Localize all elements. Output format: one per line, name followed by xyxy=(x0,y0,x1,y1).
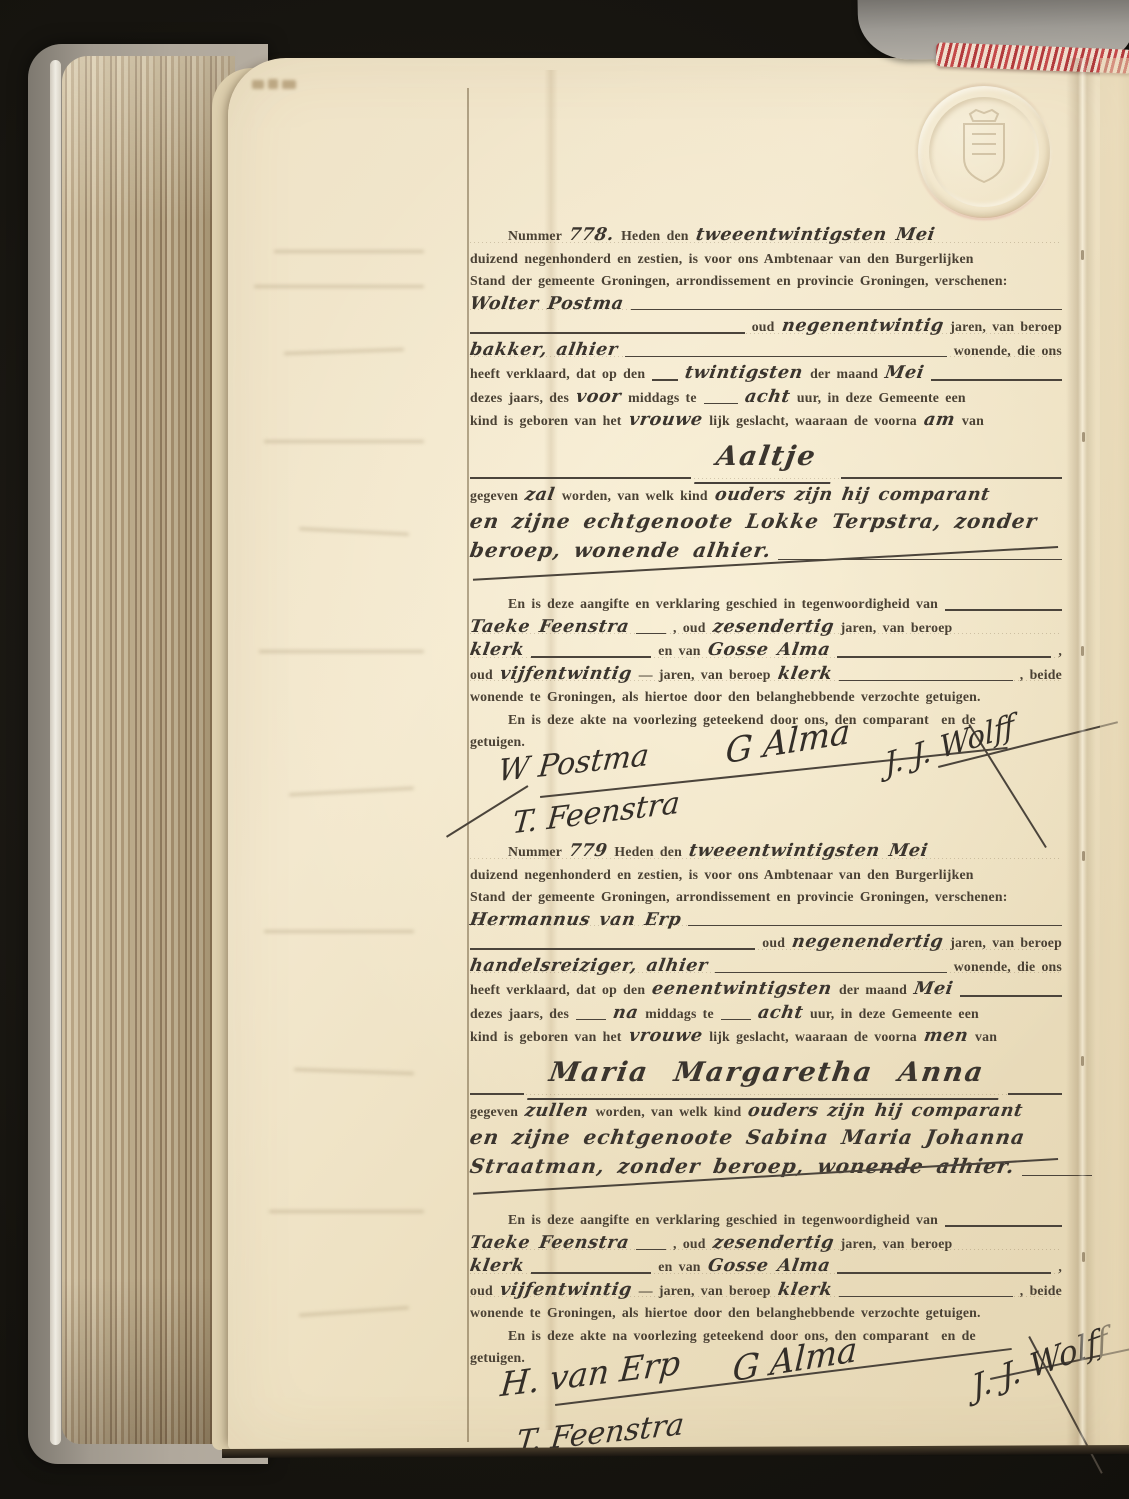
print-text: , xyxy=(1058,640,1062,663)
print-text: gegeven xyxy=(470,485,518,508)
print-text: wonende te Groningen, als hiertoe door d… xyxy=(470,1302,981,1325)
handwritten-text: zesendertig xyxy=(711,1232,836,1255)
form-line: en zijne echtgenoote Lokke Terpstra, zon… xyxy=(470,507,1062,536)
form-line: En is deze aangifte en verklaring geschi… xyxy=(470,1209,1062,1232)
binding-stitch xyxy=(1081,250,1084,260)
form-line: duizend negenhonderd en zestien, is voor… xyxy=(470,864,1062,887)
print-text: kind is geboren van het xyxy=(470,1026,622,1049)
ink-rule xyxy=(945,609,1062,611)
ink-rule xyxy=(960,995,1062,997)
margin-rule-line xyxy=(467,88,469,1442)
print-text: jaren, van beroep xyxy=(950,932,1062,955)
form-line: dezes jaars, desnamiddags teachtuur, in … xyxy=(470,1002,1062,1026)
ink-rule xyxy=(636,633,666,635)
form-line: heeft verklaard, dat op deneenentwintigs… xyxy=(470,978,1062,1002)
print-text: dezes jaars, des xyxy=(470,1003,569,1026)
form-line: oudnegenentwintigjaren, van beroep xyxy=(470,315,1062,339)
handwritten-text: beroep, wonende alhier. xyxy=(468,536,774,565)
print-text: kind is geboren van het xyxy=(470,410,622,433)
print-text: der maand xyxy=(839,979,907,1002)
ink-rule xyxy=(715,972,947,974)
binding-stitch xyxy=(1081,1056,1084,1066)
print-text: , beide xyxy=(1020,1280,1062,1303)
form-line: klerken vanGosse Alma, xyxy=(470,1255,1062,1279)
facing-page-sliver xyxy=(1100,58,1129,1450)
print-text: uur, in deze Gemeente een xyxy=(810,1003,979,1026)
handwritten-text: acht xyxy=(743,386,792,409)
print-text: wonende, die ons xyxy=(954,340,1062,363)
form-line xyxy=(470,565,1062,587)
form-line: Stand der gemeente Groningen, arrondisse… xyxy=(470,270,1062,293)
form-line: handelsreiziger, alhierwonende, die ons xyxy=(470,955,1062,979)
print-text: , oud xyxy=(673,617,706,640)
handwritten-text: klerk xyxy=(468,639,526,662)
print-text: en van xyxy=(658,640,700,663)
ink-rule xyxy=(837,656,1052,658)
print-text: , oud xyxy=(673,1233,706,1256)
ink-rule xyxy=(704,403,738,405)
ink-rule xyxy=(631,309,1062,311)
handwritten-text: Mei xyxy=(883,362,926,385)
signatures-block: H. van ErpG AlmaJ. J. WolffT. Feenstra xyxy=(470,1352,1062,1492)
ink-rule xyxy=(625,356,947,358)
print-text: , beide xyxy=(1020,664,1062,687)
print-text: van xyxy=(975,1026,997,1049)
ink-rule xyxy=(839,680,1013,682)
form-line: oudvijfentwintig— jaren, van beroepklerk… xyxy=(470,663,1062,687)
handwritten-text: klerk xyxy=(776,1279,834,1302)
ink-rule xyxy=(470,332,745,334)
print-text: dezes jaars, des xyxy=(470,387,569,410)
print-text: , xyxy=(1058,1256,1062,1279)
handwritten-text: tweeentwintigsten Mei xyxy=(694,224,936,247)
print-text: worden, van welk kind xyxy=(596,1101,742,1124)
handwritten-text: men xyxy=(922,1025,970,1048)
print-text: van xyxy=(962,410,984,433)
print-text: — jaren, van beroep xyxy=(639,664,771,687)
print-text: heeft verklaard, dat op den xyxy=(470,363,645,386)
print-text: Heden den xyxy=(614,841,682,864)
ink-rule xyxy=(470,477,691,479)
form-line: en zijne echtgenoote Sabina Maria Johann… xyxy=(470,1123,1062,1152)
handwritten-text: vijfentwintig xyxy=(498,1279,633,1302)
print-text: Nummer xyxy=(508,225,562,248)
print-text: oud xyxy=(470,1280,493,1303)
handwritten-text: 778. xyxy=(567,224,616,247)
form-line: heeft verklaard, dat op dentwintigstende… xyxy=(470,362,1062,386)
handwritten-text: zal xyxy=(523,484,556,507)
handwritten-text: bakker, alhier xyxy=(468,339,619,362)
form-line: En is deze aangifte en verklaring geschi… xyxy=(470,593,1062,616)
handwritten-text: Gosse Alma xyxy=(706,639,832,662)
ink-rule xyxy=(945,1225,1062,1227)
child-name: Aaltje xyxy=(694,435,838,484)
form-line: Hermannus van Erp xyxy=(470,909,1062,932)
print-text: En is deze akte na voorlezing geteekend … xyxy=(508,709,976,732)
child-name: Maria Margaretha Anna xyxy=(527,1051,1006,1100)
handwritten-text: ouders zijn hij comparant xyxy=(713,484,991,507)
ink-rule xyxy=(470,948,755,950)
print-text: jaren, van beroep xyxy=(841,1233,953,1256)
handwritten-text: vrouwe xyxy=(627,1025,704,1048)
handwritten-text: zullen xyxy=(523,1100,590,1123)
print-text: gegeven xyxy=(470,1101,518,1124)
child-name-line: Maria Margaretha Anna xyxy=(470,1051,1062,1100)
ink-rule xyxy=(652,379,678,381)
handwritten-text: ouders zijn hij comparant xyxy=(747,1100,1025,1123)
print-text: wonende, die ons xyxy=(954,956,1062,979)
handwritten-text: klerk xyxy=(776,663,834,686)
handwritten-text: handelsreiziger, alhier xyxy=(468,955,709,978)
ink-rule xyxy=(1008,1093,1062,1095)
print-text: duizend negenhonderd en zestien, is voor… xyxy=(470,864,974,887)
handwritten-text: vijfentwintig xyxy=(498,663,633,686)
print-text: en van xyxy=(658,1256,700,1279)
form-line: wonende te Groningen, als hiertoe door d… xyxy=(470,1302,1062,1325)
ink-rule xyxy=(531,656,651,658)
handwritten-text: voor xyxy=(574,386,623,409)
binding-fold xyxy=(1066,58,1096,1450)
handwritten-text: na xyxy=(611,1002,640,1025)
print-text: Nummer xyxy=(508,841,562,864)
handwritten-text: Taeke Feenstra xyxy=(468,1232,631,1255)
handwritten-text: twintigsten xyxy=(683,362,804,385)
handwritten-text: tweeentwintigsten Mei xyxy=(687,840,929,863)
handwritten-text: klerk xyxy=(468,1255,526,1278)
binding-stitch xyxy=(1082,851,1085,861)
child-name-line: Aaltje xyxy=(470,435,1062,484)
ink-rule xyxy=(841,477,1062,479)
birth-record-778: Nummer778.Heden dentweeentwintigsten Mei… xyxy=(470,224,1062,754)
handwritten-text: Gosse Alma xyxy=(706,1255,832,1278)
form-line: Stand der gemeente Groningen, arrondisse… xyxy=(470,886,1062,909)
handwritten-text: negenentwintig xyxy=(780,315,945,338)
ink-rule xyxy=(531,1272,651,1274)
handwritten-text: eenentwintigsten xyxy=(650,978,833,1001)
cover-inner-edge xyxy=(50,60,61,1445)
signature-h-van-erp: H. van Erp xyxy=(499,1343,682,1405)
handwritten-text: Wolter Postma xyxy=(468,293,625,316)
form-line: wonende te Groningen, als hiertoe door d… xyxy=(470,686,1062,709)
form-line: bakker, alhierwonende, die ons xyxy=(470,339,1062,363)
form-line: Nummer778.Heden dentweeentwintigsten Mei xyxy=(470,224,1062,248)
form-line xyxy=(470,1181,1062,1203)
handwritten-text: vrouwe xyxy=(627,409,704,432)
form-line: Nummer779Heden dentweeentwintigsten Mei xyxy=(470,840,1062,864)
print-text: En is deze akte na voorlezing geteekend … xyxy=(508,1325,976,1348)
handwritten-text: en zijne echtgenoote Lokke Terpstra, zon… xyxy=(468,507,1040,536)
print-text: Stand der gemeente Groningen, arrondisse… xyxy=(470,270,1008,293)
form-line: Taeke Feenstra, oudzesendertigjaren, van… xyxy=(470,1232,1062,1256)
ink-rule xyxy=(931,379,1062,381)
faint-corner-mark xyxy=(252,78,304,94)
ink-rule xyxy=(837,1272,1052,1274)
signature-w-postma: W Postma xyxy=(497,738,651,789)
signature-t-feenstra: T. Feenstra xyxy=(511,785,681,841)
page-edges-stack xyxy=(62,56,235,1444)
handwritten-text: zesendertig xyxy=(711,616,836,639)
handwritten-text: Taeke Feenstra xyxy=(468,616,631,639)
print-text: lijk geslacht, waaraan de voorna xyxy=(709,1026,917,1049)
print-text: duizend negenhonderd en zestien, is voor… xyxy=(470,248,974,271)
print-text: wonende te Groningen, als hiertoe door d… xyxy=(470,686,981,709)
embossed-seal xyxy=(918,86,1050,218)
coat-of-arms-icon xyxy=(948,108,1020,196)
handwritten-text: 779 xyxy=(567,840,609,863)
print-text: heeft verklaard, dat op den xyxy=(470,979,645,1002)
handwritten-text: acht xyxy=(756,1002,805,1025)
form-line: oudvijfentwintig— jaren, van beroepklerk… xyxy=(470,1279,1062,1303)
record-text: Nummer778.Heden dentweeentwintigsten Mei… xyxy=(470,224,1062,754)
print-text: oud xyxy=(752,316,775,339)
print-text: — jaren, van beroep xyxy=(639,1280,771,1303)
ink-rule xyxy=(688,925,1062,927)
handwritten-text: Mei xyxy=(912,978,955,1001)
book-scan-scene: Nummer778.Heden dentweeentwintigsten Mei… xyxy=(0,0,1129,1499)
print-text: jaren, van beroep xyxy=(950,316,1062,339)
ink-rule xyxy=(576,1019,606,1021)
print-text: oud xyxy=(762,932,785,955)
ink-rule xyxy=(636,1249,666,1251)
record-text: Nummer779Heden dentweeentwintigsten Meid… xyxy=(470,840,1062,1370)
form-line: klerken vanGosse Alma, xyxy=(470,639,1062,663)
print-text: middags te xyxy=(628,387,697,410)
print-text: Heden den xyxy=(621,225,689,248)
ink-rule xyxy=(470,1093,524,1095)
form-line: Taeke Feenstra, oudzesendertigjaren, van… xyxy=(470,616,1062,640)
form-line: kind is geboren van hetvrouwelijk geslac… xyxy=(470,1025,1062,1049)
print-text: lijk geslacht, waaraan de voorna xyxy=(709,410,917,433)
print-text: Stand der gemeente Groningen, arrondisse… xyxy=(470,886,1008,909)
form-line: gegevenzalworden, van welk kindouders zi… xyxy=(470,484,1062,508)
handwritten-text: en zijne echtgenoote Sabina Maria Johann… xyxy=(468,1123,1028,1152)
print-text: En is deze aangifte en verklaring geschi… xyxy=(508,1209,938,1232)
form-line: oudnegenendertigjaren, van beroep xyxy=(470,931,1062,955)
binding-stitch xyxy=(1081,646,1084,656)
handwritten-text: Hermannus van Erp xyxy=(468,909,683,932)
handwritten-text: am xyxy=(922,409,957,432)
print-text: En is deze aangifte en verklaring geschi… xyxy=(508,593,938,616)
ink-bleedthrough xyxy=(244,230,456,1370)
form-line: Wolter Postma xyxy=(470,293,1062,316)
ink-rule xyxy=(839,1296,1013,1298)
print-text: jaren, van beroep xyxy=(841,617,953,640)
print-text: oud xyxy=(470,664,493,687)
handwritten-text: negenendertig xyxy=(790,931,945,954)
form-line: kind is geboren van hetvrouwelijk geslac… xyxy=(470,409,1062,433)
print-text: middags te xyxy=(645,1003,714,1026)
print-text: der maand xyxy=(810,363,878,386)
print-text: worden, van welk kind xyxy=(562,485,708,508)
form-line: dezes jaars, desvoormiddags teachtuur, i… xyxy=(470,386,1062,410)
form-line: duizend negenhonderd en zestien, is voor… xyxy=(470,248,1062,271)
print-text: uur, in deze Gemeente een xyxy=(797,387,966,410)
birth-record-779: Nummer779Heden dentweeentwintigsten Meid… xyxy=(470,840,1062,1370)
binding-stitch xyxy=(1082,432,1085,442)
ink-rule xyxy=(721,1019,751,1021)
binding-stitch xyxy=(1082,1252,1085,1262)
form-line: gegevenzullenworden, van welk kindouders… xyxy=(470,1100,1062,1124)
